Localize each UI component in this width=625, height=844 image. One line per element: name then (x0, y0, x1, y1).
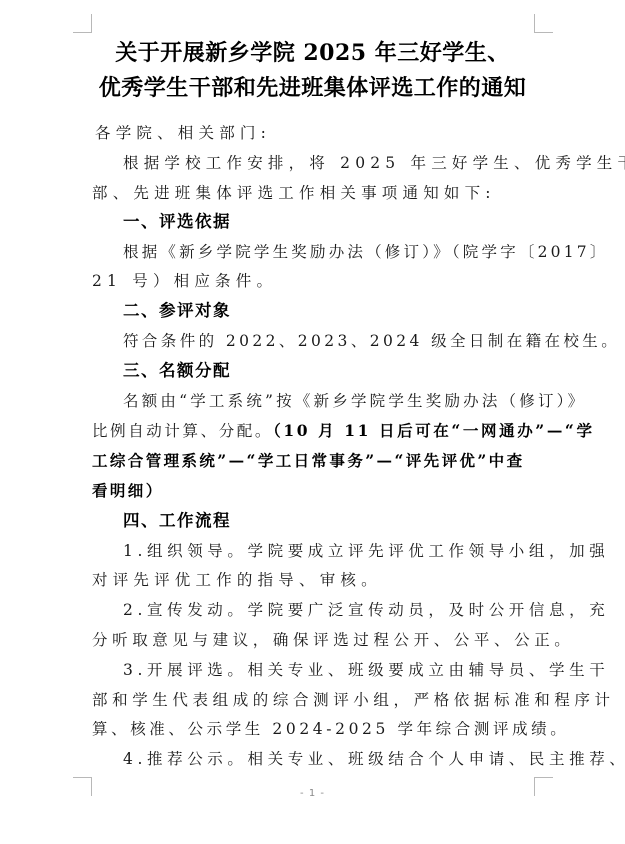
section-3-line-2-bold: （10 月 11 日后可在“一网通办”—“学 (273, 421, 595, 440)
section-3-line-2-normal: 比例自动计算、分配。 (92, 422, 273, 440)
section-4-line-7: 算、核准、公示学生 2024-2025 学年综合测评成绩。 (92, 714, 534, 744)
document-page: 关于开展新乡学院 2025 年三好学生、 优秀学生干部和先进班集体评选工作的通知… (0, 0, 625, 844)
section-heading-2: 二、参评对象 (92, 296, 534, 326)
section-4-line-1: 1.组织领导。学院要成立评先评优工作领导小组，加强 (92, 536, 534, 566)
section-1-line-1: 根据《新乡学院学生奖励办法（修订）》（院学字〔2017〕 (92, 237, 534, 267)
intro-line-1: 根据学校工作安排，将 2025 年三好学生、优秀学生干 (92, 148, 534, 178)
crop-mark-top-right-v (534, 14, 535, 33)
section-3-line-2: 比例自动计算、分配。（10 月 11 日后可在“一网通办”—“学 (92, 416, 534, 446)
section-3-line-1: 名额由“学工系统”按《新乡学院学生奖励办法（修订）》 (92, 386, 534, 416)
section-1-line-2: 21 号）相应条件。 (92, 266, 534, 296)
section-4-line-8: 4.推荐公示。相关专业、班级结合个人申请、民主推荐、 (92, 744, 534, 774)
intro-line-2: 部、先进班集体评选工作相关事项通知如下: (92, 178, 534, 208)
crop-mark-top-left-h (73, 32, 92, 33)
salutation: 各学院、相关部门: (95, 118, 537, 148)
section-2-line-1: 符合条件的 2022、2023、2024 级全日制在籍在校生。 (92, 326, 534, 356)
page-number: - 1 - (0, 788, 625, 799)
section-heading-1: 一、评选依据 (92, 207, 534, 237)
section-4-line-5: 3.开展评选。相关专业、班级要成立由辅导员、学生干 (92, 655, 534, 685)
crop-mark-top-right-h (534, 32, 553, 33)
section-3-line-3: 工综合管理系统”—“学工日常事务”—“评先评优”中查 (92, 446, 534, 476)
document-title-line-1: 关于开展新乡学院 2025 年三好学生、 (80, 36, 545, 67)
crop-mark-top-left-v (91, 14, 92, 33)
section-4-line-4: 分听取意见与建议，确保评选过程公开、公平、公正。 (92, 625, 534, 655)
section-4-line-6: 部和学生代表组成的综合测评小组，严格依据标准和程序计 (92, 685, 534, 715)
crop-mark-bottom-right-h (534, 777, 553, 778)
section-4-line-3: 2.宣传发动。学院要广泛宣传动员，及时公开信息，充 (92, 595, 534, 625)
section-heading-4: 四、工作流程 (92, 506, 534, 536)
document-title-line-2: 优秀学生干部和先进班集体评选工作的通知 (80, 71, 545, 102)
section-4-line-2: 对评先评优工作的指导、审核。 (92, 565, 534, 595)
section-3-line-4: 看明细） (92, 476, 534, 506)
section-heading-3: 三、名额分配 (92, 356, 534, 386)
crop-mark-bottom-left-h (73, 777, 92, 778)
